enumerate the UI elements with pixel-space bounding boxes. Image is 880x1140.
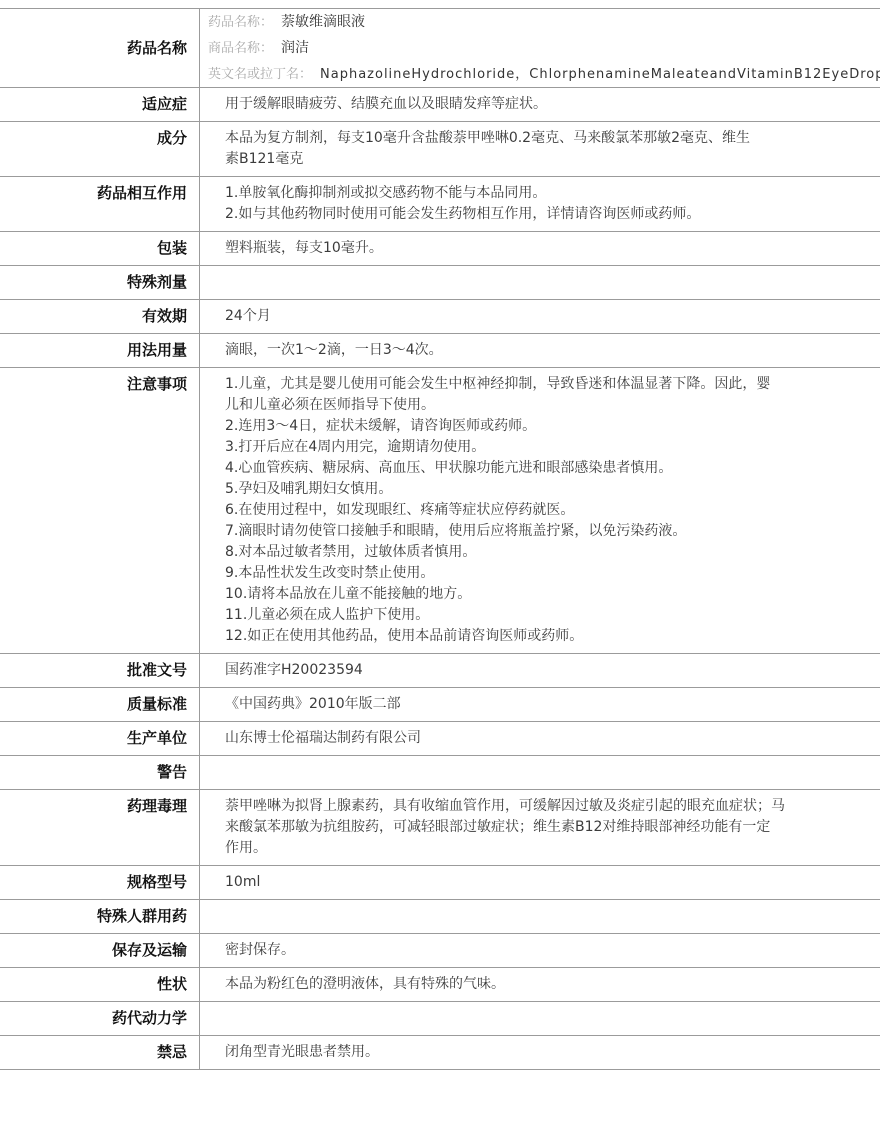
row-value: 1.单胺氧化酶抑制剂或拟交感药物不能与本品同用。 2.如与其他药物同时使用可能会… xyxy=(200,177,880,231)
table-row: 质量标准 《中国药典》2010年版二部 xyxy=(0,688,880,722)
row-value xyxy=(200,756,880,789)
table-row: 特殊人群用药 xyxy=(0,900,880,934)
row-value: 《中国药典》2010年版二部 xyxy=(200,688,880,721)
table-row: 警告 xyxy=(0,756,880,790)
table-row: 性状 本品为粉红色的澄明液体，具有特殊的气味。 xyxy=(0,968,880,1002)
row-label: 用法用量 xyxy=(0,334,200,367)
table-row: 生产单位 山东博士伦福瑞达制药有限公司 xyxy=(0,722,880,756)
table-row: 成分 本品为复方制剂，每支10毫升含盐酸萘甲唑啉0.2毫克、马来酸氯苯那敏2毫克… xyxy=(0,122,880,177)
row-value xyxy=(200,900,880,933)
row-label: 特殊人群用药 xyxy=(0,900,200,933)
row-value: 药品名称：萘敏维滴眼液 商品名称：润洁 英文名或拉丁名：NaphazolineH… xyxy=(200,9,880,87)
row-value: 塑料瓶装，每支10毫升。 xyxy=(200,232,880,265)
trade-name-key: 商品名称： xyxy=(208,41,273,56)
row-value: 本品为复方制剂，每支10毫升含盐酸萘甲唑啉0.2毫克、马来酸氯苯那敏2毫克、维生… xyxy=(200,122,880,176)
row-label: 保存及运输 xyxy=(0,934,200,967)
table-row: 药代动力学 xyxy=(0,1002,880,1036)
row-value: 国药准字H20023594 xyxy=(200,654,880,687)
row-label: 批准文号 xyxy=(0,654,200,687)
row-value xyxy=(200,1002,880,1035)
row-value: 24个月 xyxy=(200,300,880,333)
row-label: 规格型号 xyxy=(0,866,200,899)
row-label: 成分 xyxy=(0,122,200,176)
row-label: 适应症 xyxy=(0,88,200,121)
row-value: 1.儿童，尤其是婴儿使用可能会发生中枢神经抑制，导致昏迷和体温显著下降。因此，婴… xyxy=(200,368,880,653)
table-row: 批准文号 国药准字H20023594 xyxy=(0,654,880,688)
row-value: 闭角型青光眼患者禁用。 xyxy=(200,1036,880,1069)
row-value: 山东博士伦福瑞达制药有限公司 xyxy=(200,722,880,755)
drug-name-field: 药品名称：萘敏维滴眼液 xyxy=(208,9,880,35)
latin-name-key: 英文名或拉丁名： xyxy=(208,67,312,82)
row-label: 特殊剂量 xyxy=(0,266,200,299)
row-value: 滴眼，一次1～2滴，一日3～4次。 xyxy=(200,334,880,367)
row-label: 包装 xyxy=(0,232,200,265)
row-label: 生产单位 xyxy=(0,722,200,755)
row-label: 性状 xyxy=(0,968,200,1001)
table-row: 注意事项 1.儿童，尤其是婴儿使用可能会发生中枢神经抑制，导致昏迷和体温显著下降… xyxy=(0,368,880,654)
latin-name-value: NaphazolineHydrochloride，ChlorphenamineM… xyxy=(320,67,880,82)
table-row-drug-name: 药品名称 药品名称：萘敏维滴眼液 商品名称：润洁 英文名或拉丁名：Naphazo… xyxy=(0,9,880,88)
row-label: 质量标准 xyxy=(0,688,200,721)
row-label: 有效期 xyxy=(0,300,200,333)
table-row: 禁忌 闭角型青光眼患者禁用。 xyxy=(0,1036,880,1070)
table-row: 药品相互作用 1.单胺氧化酶抑制剂或拟交感药物不能与本品同用。 2.如与其他药物… xyxy=(0,177,880,232)
trade-name-value: 润洁 xyxy=(281,40,309,56)
table-row: 规格型号 10ml xyxy=(0,866,880,900)
drug-name-key: 药品名称： xyxy=(208,15,273,30)
row-value: 10ml xyxy=(200,866,880,899)
row-label: 警告 xyxy=(0,756,200,789)
table-row: 特殊剂量 xyxy=(0,266,880,300)
table-row: 包装 塑料瓶装，每支10毫升。 xyxy=(0,232,880,266)
row-value: 萘甲唑啉为拟肾上腺素药，具有收缩血管作用，可缓解因过敏及炎症引起的眼充血症状；马… xyxy=(200,790,880,865)
table-row: 药理毒理 萘甲唑啉为拟肾上腺素药，具有收缩血管作用，可缓解因过敏及炎症引起的眼充… xyxy=(0,790,880,866)
row-label: 药品相互作用 xyxy=(0,177,200,231)
trade-name-field: 商品名称：润洁 xyxy=(208,35,880,61)
row-label: 禁忌 xyxy=(0,1036,200,1069)
row-value: 用于缓解眼睛疲劳、结膜充血以及眼睛发痒等症状。 xyxy=(200,88,880,121)
row-label: 药品名称 xyxy=(0,9,200,87)
row-value: 本品为粉红色的澄明液体，具有特殊的气味。 xyxy=(200,968,880,1001)
row-value: 密封保存。 xyxy=(200,934,880,967)
table-row: 保存及运输 密封保存。 xyxy=(0,934,880,968)
table-row: 有效期 24个月 xyxy=(0,300,880,334)
row-label: 注意事项 xyxy=(0,368,200,653)
row-value xyxy=(200,266,880,299)
table-row: 适应症 用于缓解眼睛疲劳、结膜充血以及眼睛发痒等症状。 xyxy=(0,88,880,122)
latin-name-field: 英文名或拉丁名：NaphazolineHydrochloride，Chlorph… xyxy=(208,61,880,87)
drug-info-table: 药品名称 药品名称：萘敏维滴眼液 商品名称：润洁 英文名或拉丁名：Naphazo… xyxy=(0,8,880,1070)
row-label: 药理毒理 xyxy=(0,790,200,865)
row-label: 药代动力学 xyxy=(0,1002,200,1035)
drug-name-value: 萘敏维滴眼液 xyxy=(281,14,365,30)
table-row: 用法用量 滴眼，一次1～2滴，一日3～4次。 xyxy=(0,334,880,368)
